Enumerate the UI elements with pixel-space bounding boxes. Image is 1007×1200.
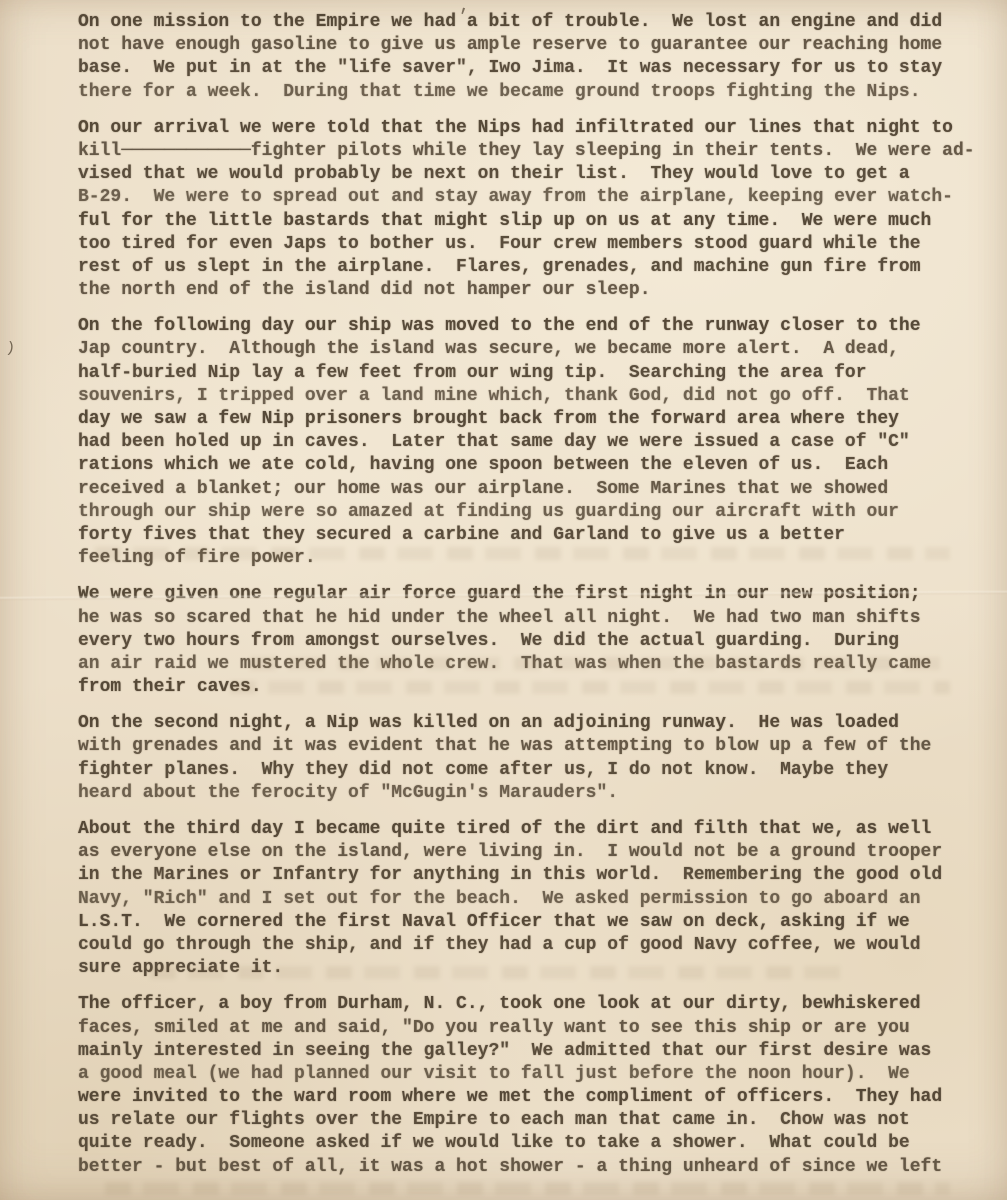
text-line: souvenirs, I tripped over a land mine wh… — [78, 385, 993, 408]
text-line: he was so scared that he hid under the w… — [78, 607, 993, 630]
text-line: a good meal (we had planned our visit to… — [78, 1063, 993, 1086]
text-line: through our ship were so amazed at findi… — [78, 501, 993, 524]
text-line: quite ready. Someone asked if we would l… — [78, 1132, 993, 1155]
paragraph: On the following day our ship was moved … — [78, 315, 993, 570]
text-line: better - but best of all, it was a hot s… — [78, 1156, 993, 1179]
text-line: heard about the ferocity of "McGugin's M… — [78, 782, 993, 805]
paragraph: About the third day I became quite tired… — [78, 818, 993, 980]
text-line: kill────────────fighter pilots while the… — [78, 140, 993, 163]
text-line: On one mission to the Empire we had a bi… — [78, 11, 993, 34]
text-line: Jap country. Although the island was sec… — [78, 338, 993, 361]
text-line: there for a week. During that time we be… — [78, 81, 993, 104]
text-line: On the following day our ship was moved … — [78, 315, 993, 338]
paragraph: We were given one regular air force guar… — [78, 583, 993, 699]
text-line: were invited to the ward room where we m… — [78, 1086, 993, 1109]
text-line: sure appreciate it. — [78, 957, 993, 980]
scanned-letter-page: ' ) On one mission to the Empire we had … — [0, 0, 1007, 1200]
text-line: received a blanket; our home was our air… — [78, 478, 993, 501]
paragraph: On our arrival we were told that the Nip… — [78, 117, 993, 303]
text-line: forty fives that they secured a carbine … — [78, 524, 993, 547]
text-line: half-buried Nip lay a few feet from our … — [78, 362, 993, 385]
text-line: faces, smiled at me and said, "Do you re… — [78, 1017, 993, 1040]
text-line: every two hours from amongst ourselves. … — [78, 630, 993, 653]
text-line: rations which we ate cold, having one sp… — [78, 454, 993, 477]
letter-body: On one mission to the Empire we had a bi… — [78, 11, 993, 1192]
text-line: us relate our flights over the Empire to… — [78, 1109, 993, 1132]
text-line: feeling of fire power. — [78, 547, 993, 570]
text-line: could go through the ship, and if they h… — [78, 934, 993, 957]
text-line: not have enough gasoline to give us ampl… — [78, 34, 993, 57]
text-line: About the third day I became quite tired… — [78, 818, 993, 841]
paragraph: On the second night, a Nip was killed on… — [78, 712, 993, 805]
text-line: rest of us slept in the airplane. Flares… — [78, 256, 993, 279]
text-line: B-29. We were to spread out and stay awa… — [78, 186, 993, 209]
text-line: fighter planes. Why they did not come af… — [78, 759, 993, 782]
text-line: with grenades and it was evident that he… — [78, 735, 993, 758]
text-line: On the second night, a Nip was killed on… — [78, 712, 993, 735]
text-line: ful for the little bastards that might s… — [78, 210, 993, 233]
text-line: too tired for even Japs to bother us. Fo… — [78, 233, 993, 256]
text-line: On our arrival we were told that the Nip… — [78, 117, 993, 140]
text-line: Navy, "Rich" and I set out for the beach… — [78, 888, 993, 911]
text-line: an air raid we mustered the whole crew. … — [78, 653, 993, 676]
text-line: the north end of the island did not hamp… — [78, 279, 993, 302]
paragraph: The officer, a boy from Durham, N. C., t… — [78, 993, 993, 1179]
text-line: We were given one regular air force guar… — [78, 583, 993, 606]
text-line: L.S.T. We cornered the first Naval Offic… — [78, 911, 993, 934]
margin-mark: ) — [5, 339, 16, 357]
text-line: had been holed up in caves. Later that s… — [78, 431, 993, 454]
text-line: from their caves. — [78, 676, 993, 699]
text-line: The officer, a boy from Durham, N. C., t… — [78, 993, 993, 1016]
text-line: vised that we would probably be next on … — [78, 163, 993, 186]
text-line: day we saw a few Nip prisoners brought b… — [78, 408, 993, 431]
paragraph: On one mission to the Empire we had a bi… — [78, 11, 993, 104]
text-line: as everyone else on the island, were liv… — [78, 841, 993, 864]
text-line: mainly interested in seeing the galley?"… — [78, 1040, 993, 1063]
text-line: in the Marines or Infantry for anything … — [78, 864, 993, 887]
text-line: base. We put in at the "life saver", Iwo… — [78, 57, 993, 80]
